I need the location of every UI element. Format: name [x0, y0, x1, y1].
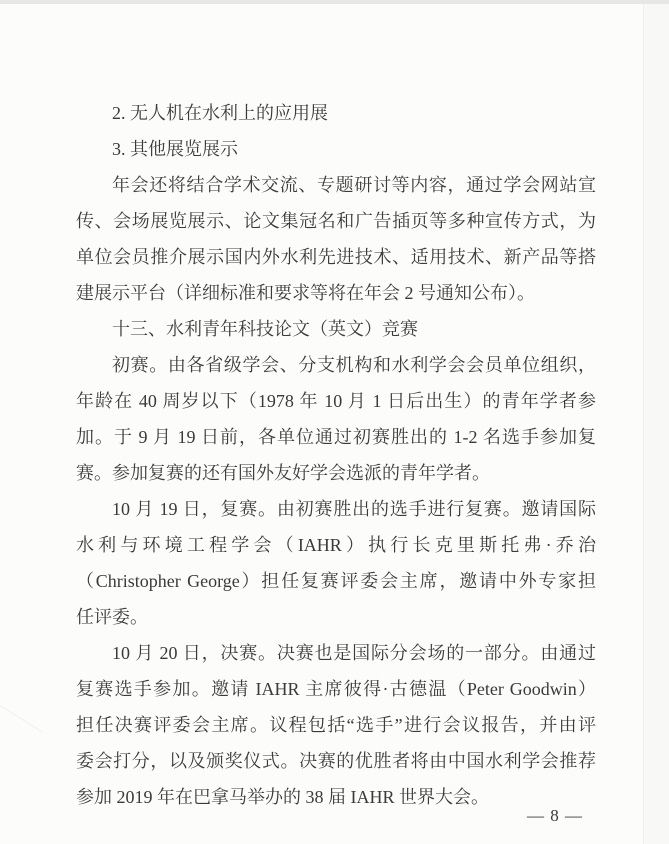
text-line-paragraph-start: 年会还将结合学术交流、专题研讨等内容，通过学会网站宣	[76, 167, 596, 203]
text-line-list-item-3: 3. 其他展览展示	[76, 131, 596, 167]
text-line-paragraph-start: 10 月 19 日，复赛。由初赛胜出的选手进行复赛。邀请国际	[76, 491, 596, 527]
text-line-paragraph-end: 赛。参加复赛的还有国外友好学会选派的青年学者。	[76, 455, 596, 491]
text-line-list-item-2: 2. 无人机在水利上的应用展	[76, 95, 596, 131]
scan-top-edge	[0, 0, 669, 4]
text-line: 加。于 9 月 19 日前，各单位通过初赛胜出的 1-2 名选手参加复	[76, 419, 596, 455]
text-line-paragraph-end: 建展示平台（详细标准和要求等将在年会 2 号通知公布）。	[76, 275, 596, 311]
scan-right-edge	[643, 4, 669, 844]
text-line-paragraph-start: 10 月 20 日，决赛。决赛也是国际分会场的一部分。由通过	[76, 635, 596, 671]
text-line: 复赛选手参加。邀请 IAHR 主席彼得·古德温（Peter Goodwin）	[76, 671, 596, 707]
text-line: 传、会场展览展示、论文集冠名和广告插页等多种宣传方式，为	[76, 203, 596, 239]
text-line: 年龄在 40 周岁以下（1978 年 10 月 1 日后出生）的青年学者参	[76, 383, 596, 419]
scanned-document-page: 2. 无人机在水利上的应用展 3. 其他展览展示 年会还将结合学术交流、专题研讨…	[0, 0, 669, 844]
text-line-paragraph-end: 任评委。	[76, 599, 596, 635]
text-line-paragraph-end: 参加 2019 年在巴拿马举办的 38 届 IAHR 世界大会。	[76, 779, 596, 815]
document-body: 2. 无人机在水利上的应用展 3. 其他展览展示 年会还将结合学术交流、专题研讨…	[76, 95, 596, 815]
text-line-paragraph-start: 初赛。由各省级学会、分支机构和水利学会会员单位组织，	[76, 347, 596, 383]
scan-crease-artifact	[0, 699, 42, 732]
text-line-section-heading-13: 十三、水利青年科技论文（英文）竞赛	[76, 311, 596, 347]
page-number: — 8 —	[527, 806, 583, 826]
text-line: 水利与环境工程学会（IAHR）执行长克里斯托弗·乔治	[76, 527, 596, 563]
text-line: 担任决赛评委会主席。议程包括“选手”进行会议报告，并由评	[76, 707, 596, 743]
text-line: 单位会员推介展示国内外水利先进技术、适用技术、新产品等搭	[76, 239, 596, 275]
text-line: （Christopher George）担任复赛评委会主席，邀请中外专家担	[76, 563, 596, 599]
text-line: 委会打分，以及颁奖仪式。决赛的优胜者将由中国水利学会推荐	[76, 743, 596, 779]
